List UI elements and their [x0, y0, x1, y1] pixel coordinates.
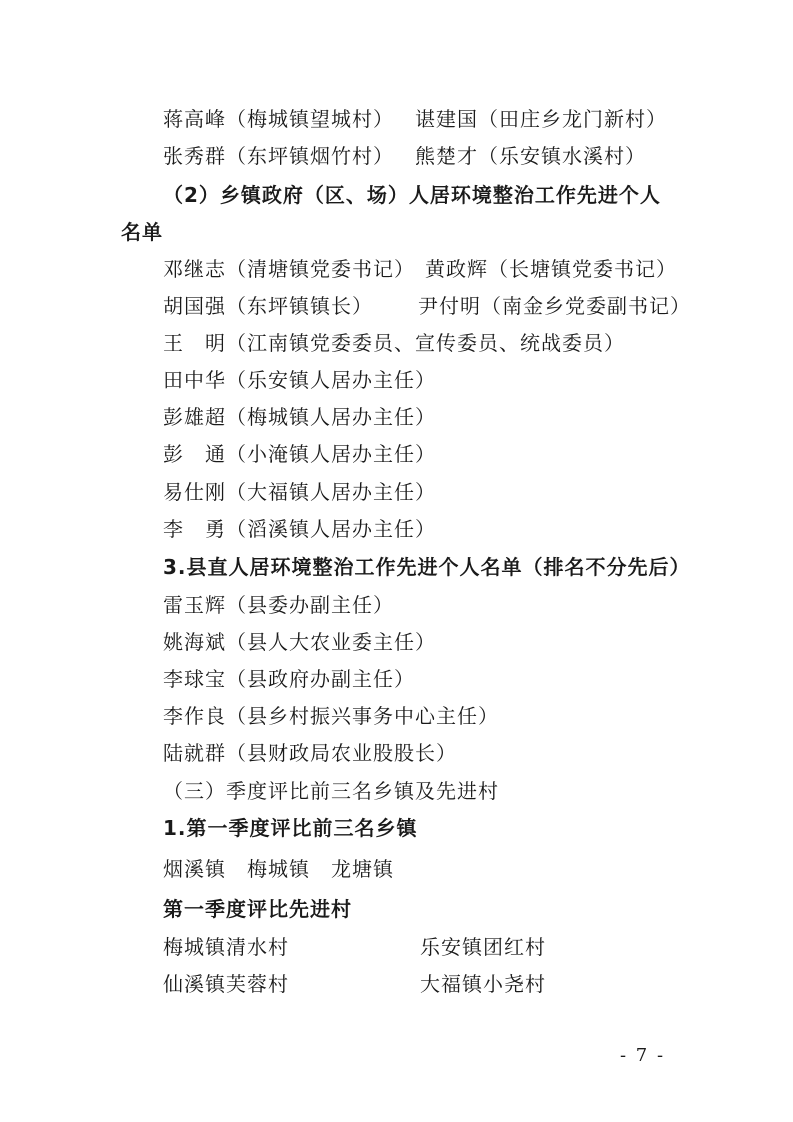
awardee-entry: 李作良（县乡村振兴事务中心主任） [163, 703, 499, 729]
awardee-entry: 尹付明（南金乡党委副书记） [418, 293, 691, 319]
awardee-entry: 黄政辉（长塘镇党委书记） [425, 256, 677, 282]
village-entry: 仙溪镇芙蓉村 [163, 971, 289, 997]
town-list: 烟溪镇 梅城镇 龙塘镇 [163, 856, 394, 882]
awardee-entry: 王 明（江南镇党委委员、宣传委员、统战委员） [163, 330, 625, 356]
awardee-entry: 雷玉辉（县委办副主任） [163, 592, 394, 618]
subsection-heading: 第一季度评比先进村 [163, 896, 352, 922]
awardee-entry: 熊楚才（乐安镇水溪村） [415, 143, 646, 169]
awardee-entry: 易仕刚（大福镇人居办主任） [163, 479, 436, 505]
section-heading-continued: 名单 [121, 219, 163, 245]
awardee-entry: 彭雄超（梅城镇人居办主任） [163, 404, 436, 430]
awardee-entry: 蒋高峰（梅城镇望城村） [163, 106, 394, 132]
village-entry: 梅城镇清水村 [163, 934, 289, 960]
awardee-entry: 陆就群（县财政局农业股股长） [163, 740, 457, 766]
awardee-entry: 李 勇（滔溪镇人居办主任） [163, 516, 436, 542]
awardee-entry: 彭 通（小淹镇人居办主任） [163, 441, 436, 467]
section-heading: （三）季度评比前三名乡镇及先进村 [163, 778, 499, 804]
awardee-entry: 田中华（乐安镇人居办主任） [163, 367, 436, 393]
section-heading: （2）乡镇政府（区、场）人居环境整治工作先进个人 [163, 182, 661, 208]
section-heading: 3.县直人居环境整治工作先进个人名单（排名不分先后） [163, 554, 691, 580]
village-entry: 大福镇小尧村 [420, 971, 546, 997]
village-entry: 乐安镇团红村 [420, 934, 546, 960]
awardee-entry: 谌建国（田庄乡龙门新村） [415, 106, 667, 132]
awardee-entry: 邓继志（清塘镇党委书记） [163, 256, 415, 282]
awardee-entry: 胡国强（东坪镇镇长） [163, 293, 373, 319]
subsection-heading: 1.第一季度评比前三名乡镇 [163, 815, 418, 841]
awardee-entry: 姚海斌（县人大农业委主任） [163, 629, 436, 655]
page-number: - 7 - [620, 1045, 665, 1066]
awardee-entry: 李球宝（县政府办副主任） [163, 666, 415, 692]
awardee-entry: 张秀群（东坪镇烟竹村） [163, 143, 394, 169]
